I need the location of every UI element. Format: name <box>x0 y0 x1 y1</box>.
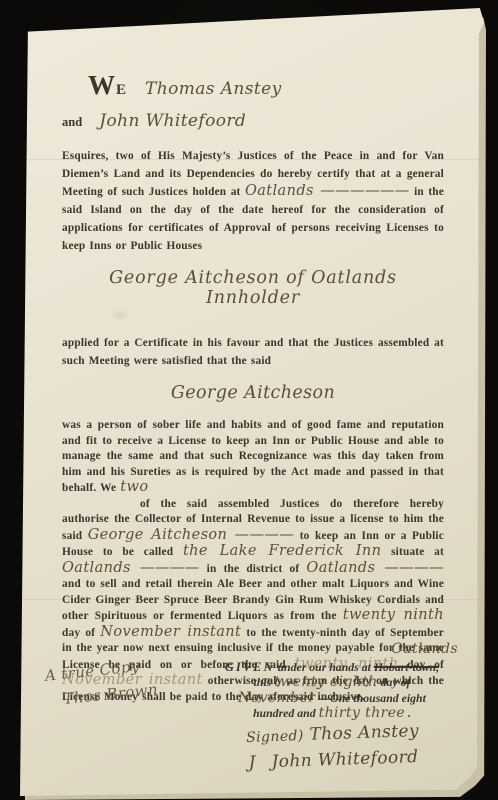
justices-count-entry: two <box>120 479 148 495</box>
given-hundred-and: hundred and <box>253 706 316 720</box>
applicant-entry-line: George Aitcheson of Oatlands Innholder <box>62 268 444 308</box>
license-start-day-entry: twenty ninth <box>343 607 444 623</box>
given-period: . <box>408 706 411 720</box>
given-line-1: GIVEN under our hands at Hobart-town, <box>196 660 468 676</box>
given-text-hands: under our hands at <box>277 660 370 674</box>
given-line-3: November —One thousand eight <box>196 691 468 707</box>
authorised-name-entry: George Aitcheson ———— <box>88 527 295 543</box>
document-photo: WE Thomas Anstey and John Whitefoord Esq… <box>0 0 498 800</box>
we-word-rest: E <box>116 82 127 98</box>
signature-whitefoord: John Whitefoord <box>271 747 418 772</box>
certify-paragraph: Esquires, two of His Majesty’s Justices … <box>62 147 444 255</box>
document-content: WE Thomas Anstey and John Whitefoord Esq… <box>20 8 484 796</box>
given-month-entry: November <box>238 690 315 706</box>
signature-whitefoord-initial: J <box>248 753 256 773</box>
given-thousand: —One thousand eight <box>318 691 426 705</box>
given-block: Oatlands GIVEN under our hands at Hobart… <box>196 642 468 722</box>
given-day-entry: twenty eighth <box>274 674 377 690</box>
and-label: and <box>62 115 82 129</box>
we-word-initial: W <box>88 70 116 100</box>
inn-name-entry: the Lake Frederick Inn <box>183 543 381 559</box>
given-place-entry: Oatlands <box>196 642 468 658</box>
authorise-text-3: situate at <box>391 546 444 558</box>
applied-paragraph: applied for a Certificate in his favour … <box>62 334 444 370</box>
struck-hobart-town: Hobart-town, <box>374 660 439 674</box>
character-paragraph: was a person of sober life and habits an… <box>62 418 444 497</box>
given-line-2: this twenty eighth day of <box>196 675 468 691</box>
license-certificate-paper: WE Thomas Anstey and John Whitefoord Esq… <box>20 8 484 796</box>
signature-anstey: Thos Anstey <box>309 721 419 745</box>
justice-name-1: Thomas Anstey <box>145 79 282 99</box>
second-justice-line: and John Whitefoord <box>62 111 444 131</box>
district-entry: Oatlands ———— <box>306 560 444 576</box>
signatures-block: Signed) Thos Anstey J John Whitefoord <box>207 718 459 778</box>
given-this: this <box>254 675 272 689</box>
license-start-month-entry: November instant <box>100 624 241 640</box>
justice-name-2: John Whitefoord <box>99 111 246 131</box>
authorise-text-6: day of <box>62 627 95 639</box>
applicant-name-entry: George Aitcheson <box>62 383 444 403</box>
signed-label: Signed) <box>246 728 304 746</box>
given-day-of: day of <box>381 675 411 689</box>
holden-at-entry: Oatlands —————— <box>245 183 410 199</box>
given-word: GIVEN <box>225 660 275 674</box>
authorise-text-4: in the district of <box>207 563 300 575</box>
situate-at-entry: Oatlands ———— <box>62 560 200 576</box>
opening-line: WE Thomas Anstey <box>88 8 444 101</box>
given-year-entry: thirty three <box>319 705 406 721</box>
